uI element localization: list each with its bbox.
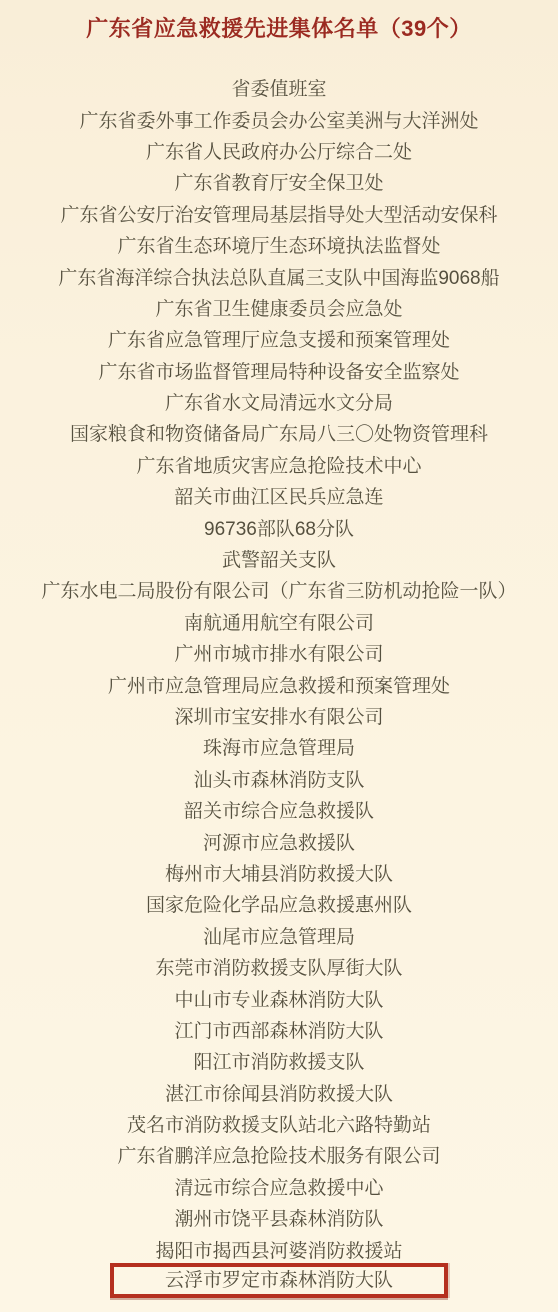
list-item: 江门市西部森林消防大队: [0, 1014, 558, 1045]
list-item: 广东省生态环境厅生态环境执法监督处: [0, 229, 558, 260]
list-item: 清远市综合应急救援中心: [0, 1171, 558, 1202]
list-item: 广东省教育厅安全保卫处: [0, 166, 558, 197]
list-item: 南航通用航空有限公司: [0, 606, 558, 637]
list-item: 深圳市宝安排水有限公司: [0, 700, 558, 731]
list-item: 广东省水文局清远水文分局: [0, 386, 558, 417]
list-item: 广东省市场监督管理局特种设备安全监察处: [0, 355, 558, 386]
list-item: 广东省海洋综合执法总队直属三支队中国海监9068船: [0, 260, 558, 291]
list-item: 广州市城市排水有限公司: [0, 637, 558, 668]
list-item: 96736部队68分队: [0, 511, 558, 542]
list-item: 珠海市应急管理局: [0, 731, 558, 762]
list-item: 茂名市消防救援支队站北六路特勤站: [0, 1108, 558, 1139]
list-item: 阳江市消防救援支队: [0, 1045, 558, 1076]
list-item: 广东省应急管理厅应急支援和预案管理处: [0, 323, 558, 354]
list-item: 广州市应急管理局应急救援和预案管理处: [0, 668, 558, 699]
list-item: 广东省卫生健康委员会应急处: [0, 292, 558, 323]
list-item: 潮州市饶平县森林消防队: [0, 1202, 558, 1233]
list-item: 揭阳市揭西县河婆消防救援站: [0, 1233, 558, 1264]
list-item: 湛江市徐闻县消防救援大队: [0, 1077, 558, 1108]
list-item: 广东水电二局股份有限公司（广东省三防机动抢险一队）: [0, 574, 558, 605]
list-item: 广东省委外事工作委员会办公室美洲与大洋洲处: [0, 103, 558, 134]
list-item: 广东省人民政府办公厅综合二处: [0, 135, 558, 166]
list-item: 云浮市罗定市森林消防大队: [0, 1265, 558, 1296]
list-item: 中山市专业森林消防大队: [0, 982, 558, 1013]
list-item: 韶关市曲江区民兵应急连: [0, 480, 558, 511]
list-item: 武警韶关支队: [0, 543, 558, 574]
list-item: 东莞市消防救援支队厚街大队: [0, 951, 558, 982]
list-item: 广东省鹏洋应急抢险技术服务有限公司: [0, 1139, 558, 1170]
list-item: 韶关市综合应急救援队: [0, 794, 558, 825]
highlight-box: 云浮市罗定市森林消防大队: [110, 1263, 448, 1298]
list-item: 省委值班室: [0, 72, 558, 103]
list-item: 广东省地质灾害应急抢险技术中心: [0, 449, 558, 480]
list-item: 汕头市森林消防支队: [0, 763, 558, 794]
list-item: 汕尾市应急管理局: [0, 920, 558, 951]
collective-list: 省委值班室广东省委外事工作委员会办公室美洲与大洋洲处广东省人民政府办公厅综合二处…: [0, 72, 558, 1296]
list-item: 梅州市大埔县消防救援大队: [0, 857, 558, 888]
award-announcement: 广东省应急救援先进集体名单（39个） 省委值班室广东省委外事工作委员会办公室美洲…: [0, 0, 558, 1312]
list-item: 广东省公安厅治安管理局基层指导处大型活动安保科: [0, 198, 558, 229]
list-item: 河源市应急救援队: [0, 825, 558, 856]
list-item: 国家粮食和物资储备局广东局八三〇处物资管理科: [0, 417, 558, 448]
list-item: 国家危险化学品应急救援惠州队: [0, 888, 558, 919]
page-title: 广东省应急救援先进集体名单（39个）: [0, 0, 558, 46]
